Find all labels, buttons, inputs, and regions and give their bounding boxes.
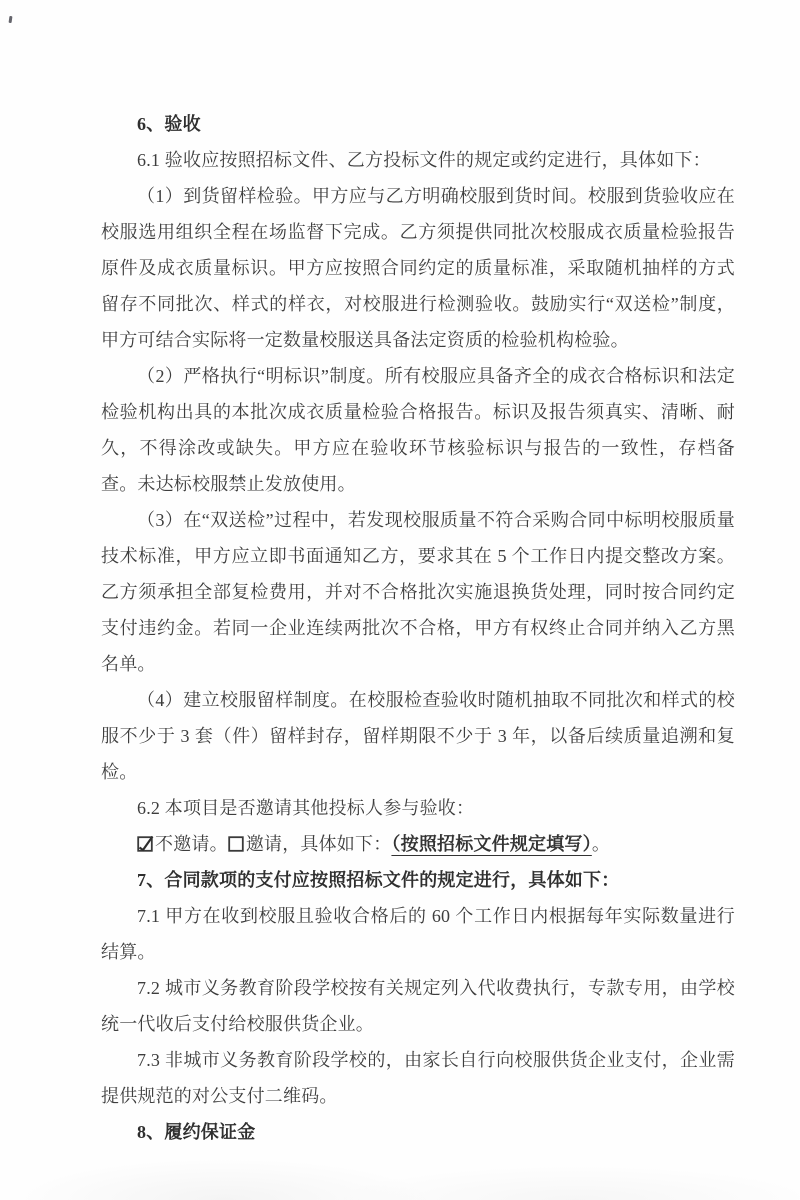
clause-6-1-item-3: （3）在“双送检”过程中，若发现校服质量不符合采购合同中标明校服质量技术标准，甲…: [101, 502, 735, 682]
clause-6-1-item-2: （2）严格执行“明标识”制度。所有校服应具备齐全的成衣合格标识和法定检验机构出具…: [101, 358, 735, 502]
section-heading-8: 8、履约保证金: [101, 1114, 735, 1150]
scanned-document-page: 6、验收 6.1 验收应按照招标文件、乙方投标文件的规定或约定进行，具体如下： …: [0, 0, 800, 1200]
option-no-invite-label: 不邀请。: [155, 834, 228, 854]
fill-in-blank-text: （按照招标文件规定填写）: [391, 834, 591, 854]
document-body: 6、验收 6.1 验收应按照招标文件、乙方投标文件的规定或约定进行，具体如下： …: [101, 106, 735, 1150]
clause-6-2: 6.2 本项目是否邀请其他投标人参与验收：: [101, 790, 735, 826]
section-heading-6: 6、验收: [101, 106, 735, 142]
scan-artifact-speck: [9, 16, 13, 23]
clause-6-1: 6.1 验收应按照招标文件、乙方投标文件的规定或约定进行，具体如下：: [101, 142, 735, 178]
clause-7-2: 7.2 城市义务教育阶段学校按有关规定列入代收费执行，专款专用，由学校统一代收后…: [101, 970, 735, 1042]
sentence-period: 。: [592, 834, 610, 854]
checkbox-unchecked-icon: [228, 835, 245, 852]
section-heading-7: 7、合同款项的支付应按照招标文件的规定进行，具体如下：: [101, 862, 735, 898]
option-invite-label: 邀请，具体如下：: [246, 834, 392, 854]
clause-6-1-item-4: （4）建立校服留样制度。在校服检查验收时随机抽取不同批次和样式的校服不少于 3 …: [101, 682, 735, 790]
clause-7-1: 7.1 甲方在收到校服且验收合格后的 60 个工作日内根据每年实际数量进行结算。: [101, 898, 735, 970]
clause-7-3: 7.3 非城市义务教育阶段学校的，由家长自行向校服供货企业支付，企业需提供规范的…: [101, 1042, 735, 1114]
clause-6-1-item-1: （1）到货留样检验。甲方应与乙方明确校服到货时间。校服到货验收应在校服选用组织全…: [101, 178, 735, 358]
clause-6-2-options-line: 不邀请。 邀请，具体如下：（按照招标文件规定填写）。: [101, 826, 735, 862]
checkbox-checked-icon: [137, 835, 154, 852]
